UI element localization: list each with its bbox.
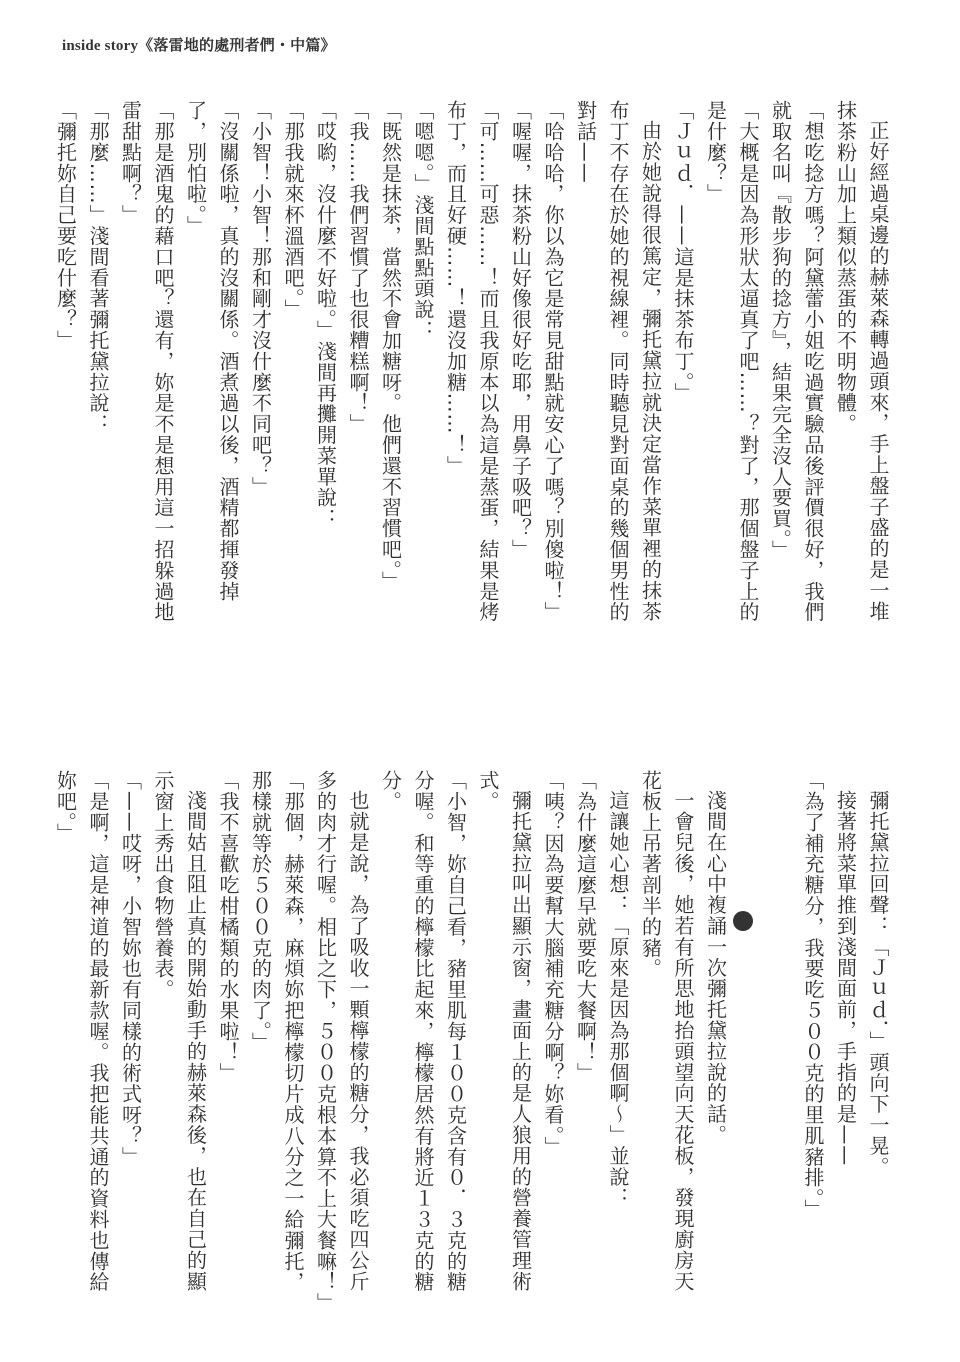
paragraph: 「可……可惡……！而且我原本以為這是蒸蛋，結果是烤布丁，而且好硬……！還沒加糖……	[439, 100, 504, 640]
paragraph: 由於她說得很篤定，彌托黛拉就決定當作菜單裡的抹茶布丁不存在於她的視線裡。同時聽見…	[569, 100, 667, 640]
paragraph: 正好經過桌邊的赫萊森轉過頭來，手上盤子盛的是一堆抹茶粉山加上類似蒸蛋的不明物體。	[829, 100, 894, 640]
paragraph: 彌托黛拉回聲：「Ｊｕｄ．」頭向下一晃。	[862, 770, 895, 1310]
paragraph: 這讓她心想：「原來是因為那個啊〜」並說：	[602, 770, 635, 1310]
paragraph: 彌托黛拉叫出顯示窗，畫面上的是人狼用的營養管理術式。	[472, 770, 537, 1310]
paragraph: 也就是說，為了吸收一顆檸檬的糖分，我必須吃四公斤多的肉才行喔。相比之下，５００克…	[309, 770, 374, 1310]
text-block-bottom: 彌托黛拉回聲：「Ｊｕｄ．」頭向下一晃。接著將菜單推到淺間面前，手指的是——「為了…	[49, 770, 894, 1310]
paragraph: 「是啊，這是神道的最新款喔。我把能共通的資料也傳給妳吧。」	[49, 770, 114, 1310]
paragraph: 「小智，妳自己看，豬里肌每１００克含有０．３克的糖分喔。和等重的檸檬比起來，檸檬…	[374, 770, 472, 1310]
paragraph: 「嗯嗯。」淺間點點頭說：	[407, 100, 440, 640]
paragraph: 「大概是因為形狀太逼真了吧……？對了，那個盤子上的是什麼？」	[699, 100, 764, 640]
paragraph: 淺間在心中複誦一次彌托黛拉說的話。	[699, 770, 732, 1310]
paragraph: 一會兒後，她若有所思地抬頭望向天花板，發現廚房天花板上吊著剖半的豬。	[634, 770, 699, 1310]
paragraph: 淺間姑且阻止真的開始動手的赫萊森後，也在自己的顯示窗上秀出食物營養表。	[147, 770, 212, 1310]
series-label: inside story	[62, 38, 138, 54]
blank-line	[764, 770, 797, 1310]
paragraph: 「那我就來杯溫酒吧。」	[277, 100, 310, 640]
paragraph: 「Ｊｕｄ．——這是抹茶布丁。」	[667, 100, 700, 640]
paragraph: 「哈哈哈，你以為它是常見甜點就安心了嗎？別傻啦！」	[537, 100, 570, 640]
paragraph: 「為了補充糖分，我要吃５００克的里肌豬排。」	[797, 770, 830, 1310]
paragraph: 「——哎呀，小智妳也有同樣的術式呀？」	[114, 770, 147, 1310]
paragraph: 「喔喔，抹茶粉山好像很好吃耶，用鼻子吸吧？」	[504, 100, 537, 640]
chapter-title: 《落雷地的處刑者們・中篇》	[138, 36, 336, 54]
running-header: inside story《落雷地的處刑者們・中篇》	[62, 34, 336, 55]
paragraph: 「沒關係啦，真的沒關係。酒煮過以後，酒精都揮發掉了，別怕啦。」	[179, 100, 244, 640]
paragraph: 「哎喲，沒什麼不好啦。」淺間再攤開菜單說：	[309, 100, 342, 640]
paragraph: 「那麼……」淺間看著彌托黛拉說：	[82, 100, 115, 640]
paragraph: 「咦？因為要幫大腦補充糖分啊？妳看。」	[537, 770, 570, 1310]
paragraph: 「小智！小智！那和剛才沒什麼不同吧？」	[244, 100, 277, 640]
text-block-top: 正好經過桌邊的赫萊森轉過頭來，手上盤子盛的是一堆抹茶粉山加上類似蒸蛋的不明物體。…	[49, 100, 894, 640]
paragraph: 「那是酒鬼的藉口吧？還有，妳是不是想用這一招躲過地雷甜點啊？」	[114, 100, 179, 640]
paragraph: 「我……我們習慣了也很糟糕啊！」	[342, 100, 375, 640]
paragraph: 「既然是抹茶，當然不會加糖呀。他們還不習慣吧。」	[374, 100, 407, 640]
paragraph: 「想吃捻方嗎？阿黛蕾小姐吃過實驗品後評價很好，我們就取名叫『散步狗的捻方』，結果…	[764, 100, 829, 640]
blank-line	[732, 770, 765, 1310]
paragraph: 「為什麼這麼早就要吃大餐啊！」	[569, 770, 602, 1310]
paragraph: 接著將菜單推到淺間面前，手指的是——	[829, 770, 862, 1310]
paragraph: 「那個，赫萊森，麻煩妳把檸檬切片成八分之一給彌托，那樣就等於５００克的肉了。」	[244, 770, 309, 1310]
paragraph: 「彌托妳自己要吃什麼？」	[49, 100, 82, 640]
paragraph: 「我不喜歡吃柑橘類的水果啦！」	[212, 770, 245, 1310]
